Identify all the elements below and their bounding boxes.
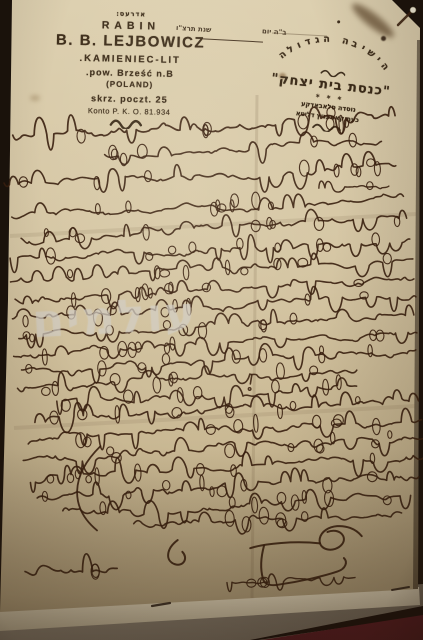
handwriting-loop <box>144 170 151 181</box>
handwriting-loop <box>137 144 148 159</box>
pin-icon <box>398 7 416 25</box>
handwriting-loop <box>383 496 391 505</box>
handwriting-line <box>3 150 396 206</box>
handwriting-loop <box>298 114 309 129</box>
handwriting-loop <box>232 350 241 364</box>
handwriting-loop <box>217 486 227 497</box>
handwriting-line <box>318 177 389 193</box>
handwriting-loop <box>253 414 258 432</box>
handwriting-loop <box>302 490 307 503</box>
handwriting-loop <box>198 322 207 339</box>
handwriting-loop <box>339 115 344 133</box>
handwriting-loop <box>169 374 174 386</box>
pen-dash <box>152 603 170 606</box>
handwriting-loop <box>251 220 261 232</box>
handwriting-loop <box>323 243 331 252</box>
handwriting-loop <box>351 164 359 176</box>
handwriting-loop <box>372 418 380 435</box>
handwriting-loop <box>115 406 120 424</box>
handwriting-loop <box>259 348 267 362</box>
handwriting-loop <box>41 387 50 396</box>
signature-flourish <box>319 525 363 550</box>
handwriting-loop <box>314 217 324 231</box>
photo-of-letter: אדרעס: RABIN B. B. LEJBOWICZ KAMIENIEC-L… <box>0 0 423 640</box>
handwriting-loop <box>356 167 361 177</box>
signature-flourish <box>167 540 185 566</box>
handwriting-line <box>56 372 357 418</box>
handwriting-loop <box>86 475 92 482</box>
handwriting-loop <box>305 294 311 305</box>
handwriting-loop <box>251 192 260 209</box>
handwriting-loop <box>225 260 230 275</box>
pen-dash <box>392 587 409 590</box>
handwriting-loop <box>299 160 309 176</box>
handwriting-loop <box>376 330 384 341</box>
handwriting-loop <box>162 354 170 365</box>
handwriting-loop <box>196 463 204 475</box>
handwriting-loop <box>75 234 85 243</box>
handwriting-loop <box>383 253 392 264</box>
handwriting-loop <box>23 315 29 326</box>
handwriting-loop <box>326 118 334 130</box>
handwriting-loop <box>290 313 297 324</box>
handwriting-loop <box>210 202 218 216</box>
handwriting-loop <box>224 444 235 458</box>
handwriting-loop <box>271 380 279 393</box>
handwriting-loop <box>183 265 189 280</box>
handwriting-line <box>11 183 404 224</box>
handwriting-loop <box>225 510 235 526</box>
handwriting-loop <box>259 507 269 524</box>
signature-flourish <box>250 541 320 548</box>
handwriting-loop <box>336 375 342 390</box>
handwriting-loop <box>290 401 296 409</box>
handwriting-loop <box>387 431 392 439</box>
handwriting-loop <box>277 404 283 418</box>
handwriting-loop <box>276 363 285 380</box>
handwriting-loop <box>368 345 373 357</box>
handwriting-loop <box>189 242 197 253</box>
handwriting-loop <box>42 349 48 365</box>
handwriting-loop <box>202 283 211 292</box>
handwriting-loop <box>153 377 161 393</box>
handwriting-loop <box>143 224 150 240</box>
handwriting-loop <box>67 270 73 278</box>
watermark-text: עולמים <box>31 286 199 349</box>
handwriting-line <box>24 552 117 577</box>
handwriting-loop <box>168 246 176 254</box>
handwriting-loop <box>160 270 170 278</box>
handwriting-loop <box>251 497 258 513</box>
handwriting-loop <box>322 379 329 395</box>
handwriting-loop <box>241 267 249 275</box>
exclamation-dot <box>248 388 251 391</box>
handwriting-loop <box>206 424 216 434</box>
handwriting-loop <box>162 480 170 490</box>
handwriting-loop <box>52 381 59 395</box>
handwriting-loop <box>312 415 321 428</box>
exclamation-stroke <box>250 375 252 384</box>
handwriting-line <box>227 570 356 593</box>
handwriting-loop <box>366 182 373 190</box>
handwriting-loop <box>366 159 375 167</box>
